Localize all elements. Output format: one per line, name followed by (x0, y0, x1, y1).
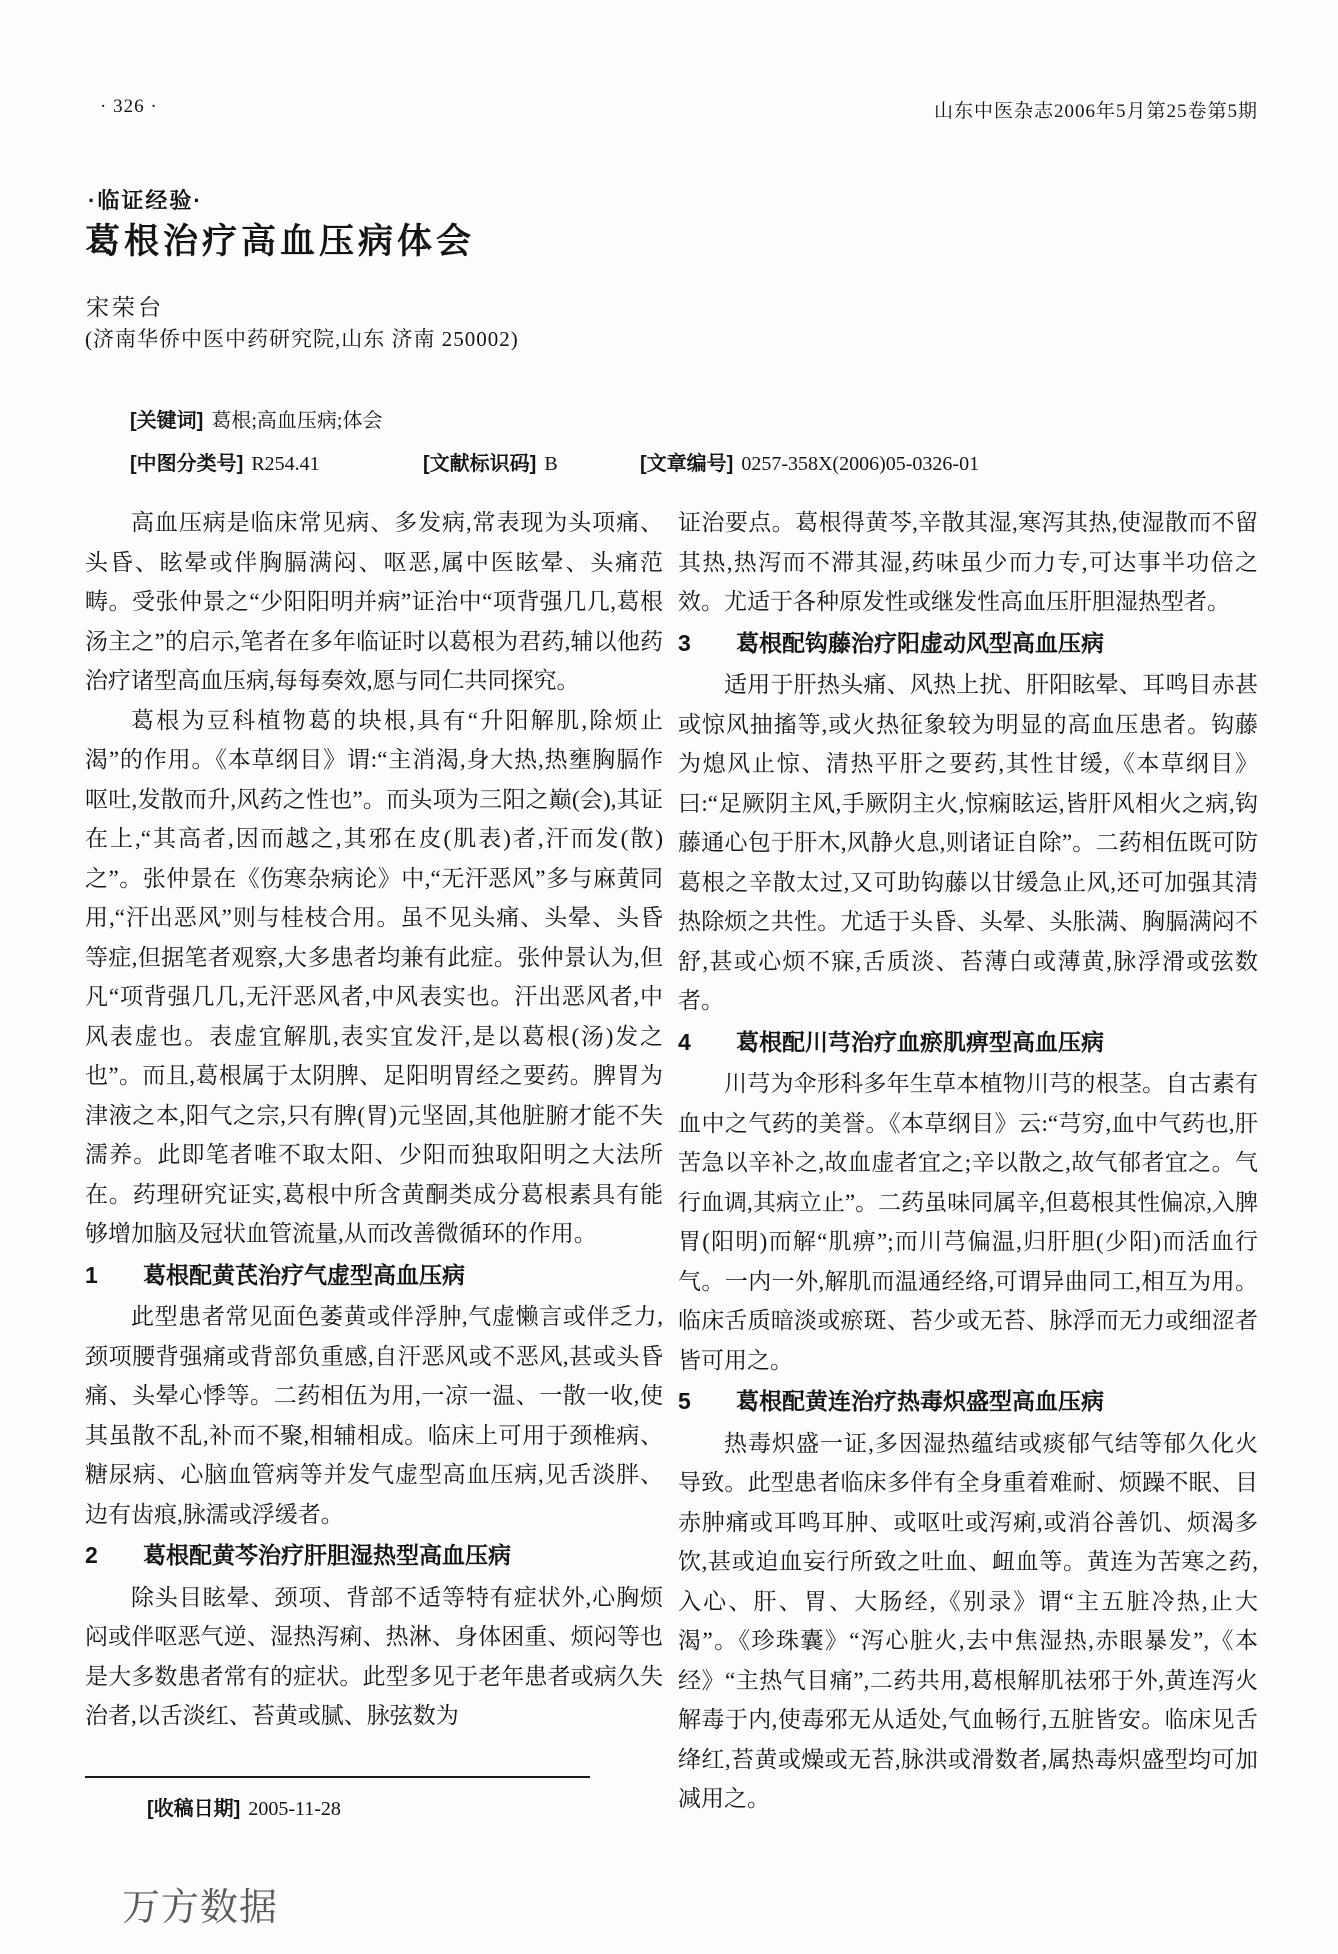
section-2-title: 葛根配黄芩治疗肝胆湿热型高血压病 (143, 1542, 511, 1568)
journal-page: · 326 · 山东中医杂志2006年5月第25卷第5期 ·临证经验· 葛根治疗… (0, 0, 1338, 1954)
doc-code-label: [文献标识码] (423, 453, 536, 475)
section-4-number: 4 (678, 1023, 736, 1063)
section-4-title: 葛根配川芎治疗血瘀肌痹型高血压病 (736, 1029, 1104, 1055)
footnote: [收稿日期]2005-11-28 (85, 1776, 605, 1821)
journal-info: 山东中医杂志2006年5月第25卷第5期 (934, 96, 1258, 123)
section-3-title: 葛根配钩藤治疗阳虚动风型高血压病 (736, 630, 1104, 656)
article-id-line: [文章编号]0257-358X(2006)05-0326-01 (640, 447, 979, 476)
received-date-label: [收稿日期] (147, 1798, 240, 1820)
section-2-heading: 2葛根配黄芩治疗肝胆湿热型高血压病 (85, 1536, 663, 1576)
received-date-value: 2005-11-28 (248, 1798, 341, 1820)
section-2-number: 2 (85, 1536, 143, 1576)
intro-paragraph-1: 高血压病是临床常见病、多发病,常表现为头项痛、头昏、眩晕或伴胸膈满闷、呕恶,属中… (85, 503, 663, 701)
section-4-heading: 4葛根配川芎治疗血瘀肌痹型高血压病 (678, 1023, 1258, 1063)
column-label: ·临证经验· (88, 184, 203, 215)
received-date-line: [收稿日期]2005-11-28 (85, 1792, 605, 1821)
clc-value: R254.41 (251, 453, 319, 475)
doc-code-line: [文献标识码]B (423, 447, 558, 476)
section-5-heading: 5葛根配黄连治疗热毒炽盛型高血压病 (678, 1382, 1258, 1422)
affiliation: (济南华侨中医中药研究院,山东 济南 250002) (85, 323, 519, 353)
section-2-body-continued: 证治要点。葛根得黄芩,辛散其湿,寒泻其热,使湿散而不留其热,热泻而不滞其湿,药味… (678, 503, 1258, 622)
section-3-heading: 3葛根配钩藤治疗阳虚动风型高血压病 (678, 624, 1258, 664)
section-5-title: 葛根配黄连治疗热毒炽盛型高血压病 (736, 1388, 1104, 1414)
clc-line: [中图分类号]R254.41 (130, 447, 320, 476)
clc-label: [中图分类号] (130, 453, 243, 475)
intro-paragraph-2: 葛根为豆科植物葛的块根,具有“升阳解肌,除烦止渴”的作用。《本草纲目》谓:“主消… (85, 701, 663, 1254)
author-name: 宋荣台 (86, 289, 164, 322)
section-3-body: 适用于肝热头痛、风热上扰、肝阳眩晕、耳鸣目赤甚或惊风抽搐等,或火热征象较为明显的… (678, 665, 1258, 1021)
keywords-label: [关键词] (130, 410, 203, 432)
section-3-number: 3 (678, 624, 736, 664)
section-2-body: 除头目眩晕、颈项、背部不适等特有症状外,心胸烦闷或伴呕恶气逆、湿热泻痢、热淋、身… (85, 1578, 663, 1736)
keywords-value: 葛根;高血压病;体会 (211, 410, 382, 432)
section-1-number: 1 (85, 1256, 143, 1296)
keywords-line: [关键词]葛根;高血压病;体会 (130, 404, 382, 433)
footnote-divider (85, 1776, 590, 1778)
article-title: 葛根治疗高血压病体会 (85, 214, 475, 264)
section-1-heading: 1葛根配黄芪治疗气虚型高血压病 (85, 1256, 663, 1296)
page-number: · 326 · (100, 96, 158, 123)
section-1-title: 葛根配黄芪治疗气虚型高血压病 (143, 1262, 465, 1288)
section-4-body: 川芎为伞形科多年生草本植物川芎的根茎。自古素有血中之气药的美誉。《本草纲目》云:… (678, 1064, 1258, 1380)
left-column: 高血压病是临床常见病、多发病,常表现为头项痛、头昏、眩晕或伴胸膈满闷、呕恶,属中… (85, 503, 663, 1736)
wanfang-watermark: 万方数据 (122, 1876, 278, 1931)
right-column: 证治要点。葛根得黄芩,辛散其湿,寒泻其热,使湿散而不留其热,热泻而不滞其湿,药味… (678, 503, 1258, 1819)
section-5-body: 热毒炽盛一证,多因湿热蕴结或痰郁气结等郁久化火导致。此型患者临床多伴有全身重着难… (678, 1424, 1258, 1819)
section-5-number: 5 (678, 1382, 736, 1422)
article-id-label: [文章编号] (640, 453, 733, 475)
section-1-body: 此型患者常见面色萎黄或伴浮肿,气虚懒言或伴乏力,颈项腰背强痛或背部负重感,自汗恶… (85, 1297, 663, 1534)
doc-code-value: B (544, 453, 557, 475)
running-head: · 326 · 山东中医杂志2006年5月第25卷第5期 (100, 96, 1258, 123)
article-id-value: 0257-358X(2006)05-0326-01 (741, 453, 979, 475)
